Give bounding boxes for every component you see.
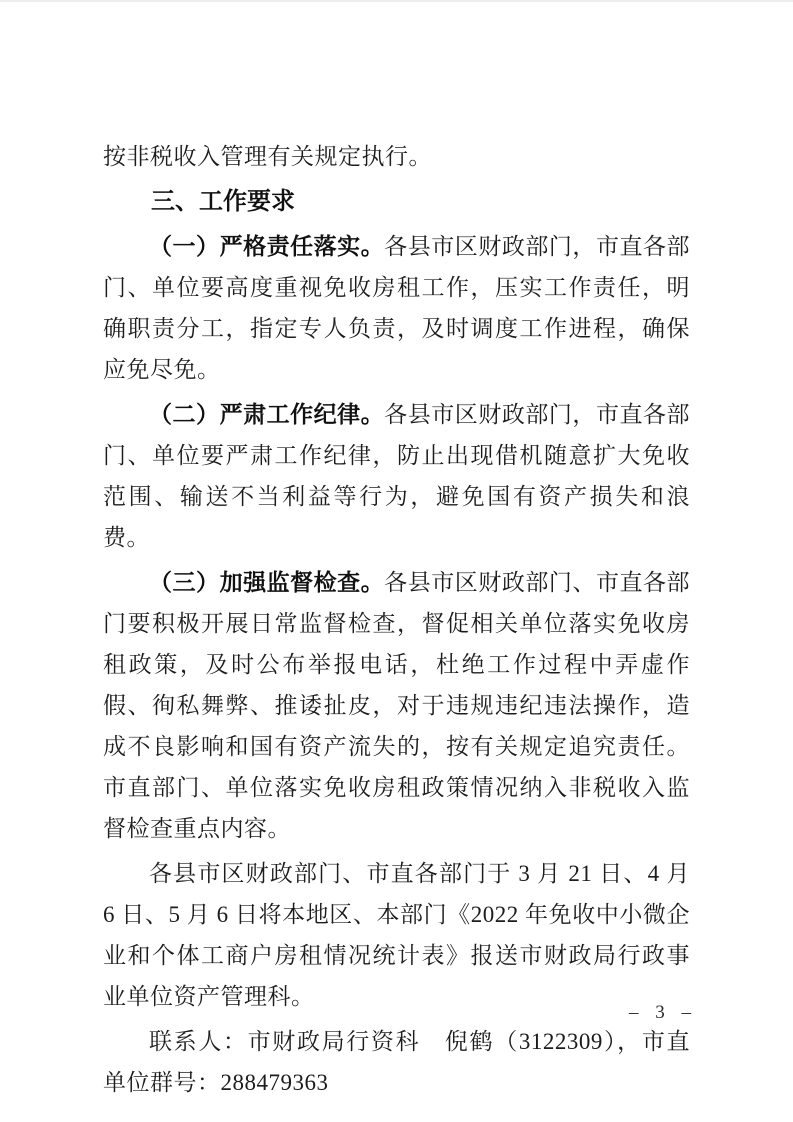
paragraph-contact-info: 联系人：市财政局行资科 倪鹤（3122309），市直单位群号：288479363 xyxy=(103,1021,690,1103)
paragraph-item-3-body: 各县市区财政部门、市直各部门要积极开展日常监督检查，督促相关单位落实免收房租政策… xyxy=(103,570,690,841)
paragraph-item-2-lead: （二）严肃工作纪律。 xyxy=(149,402,384,427)
paragraph-item-1: （一）严格责任落实。各县市区财政部门，市直各部门、单位要高度重视免收房租工作，压… xyxy=(103,226,690,390)
paragraph-intro-continuation: 按非税收入管理有关规定执行。 xyxy=(103,136,690,177)
page-number: – 3 – xyxy=(629,1002,697,1024)
paragraph-item-3: （三）加强监督检查。各县市区财政部门、市直各部门要积极开展日常监督检查，督促相关… xyxy=(103,562,690,849)
paragraph-item-3-lead: （三）加强监督检查。 xyxy=(149,570,384,595)
section-heading-work-requirements: 三、工作要求 xyxy=(103,181,690,222)
paragraph-item-2: （二）严肃工作纪律。各县市区财政部门，市直各部门、单位要严肃工作纪律，防止出现借… xyxy=(103,394,690,558)
document-body: 按非税收入管理有关规定执行。 三、工作要求 （一）严格责任落实。各县市区财政部门… xyxy=(103,136,690,1107)
paragraph-item-1-lead: （一）严格责任落实。 xyxy=(149,234,384,259)
paragraph-report-deadlines: 各县市区财政部门、市直各部门于 3 月 21 日、4 月 6 日、5 月 6 日… xyxy=(103,853,690,1017)
document-page: 按非税收入管理有关规定执行。 三、工作要求 （一）严格责任落实。各县市区财政部门… xyxy=(0,0,793,1122)
